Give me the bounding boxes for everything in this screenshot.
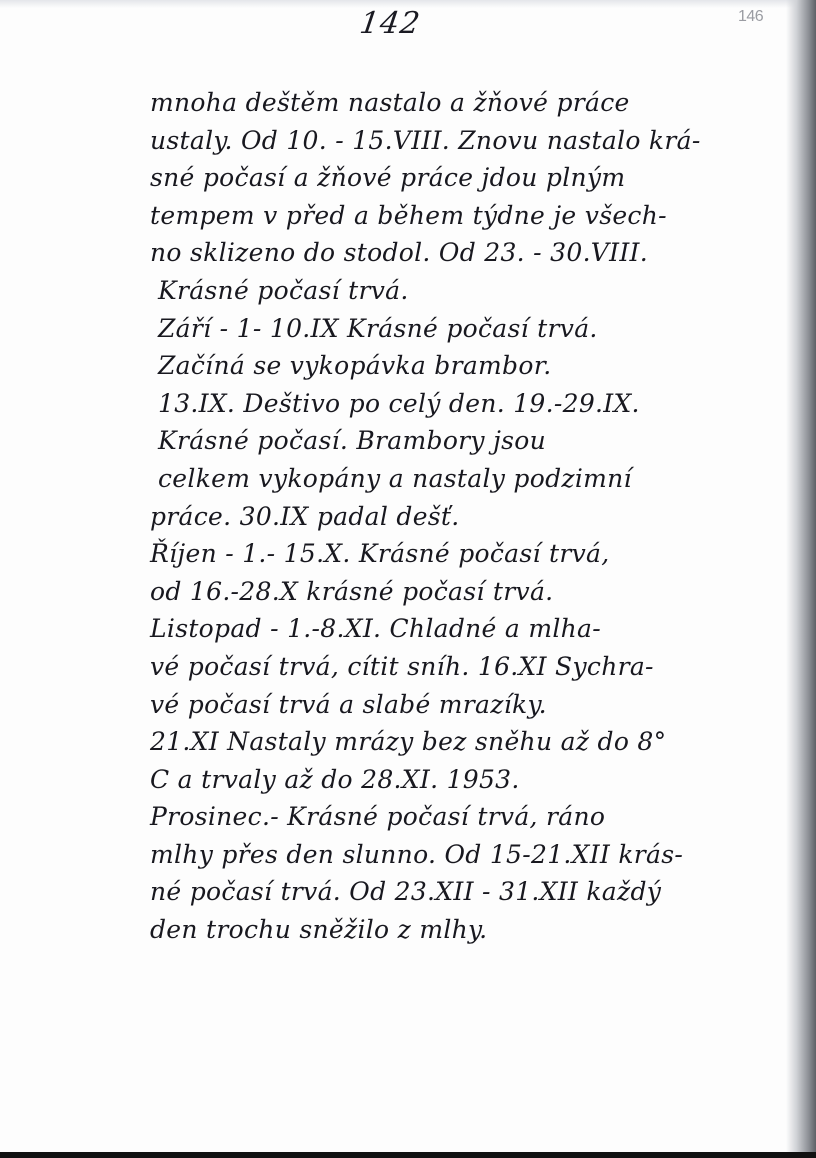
handwritten-text-block: mnoha deštěm nastalo a žňové práce ustal…	[150, 84, 730, 949]
text-line: vé počasí trvá, cítit sníh. 16.XI Sychra…	[150, 648, 730, 686]
text-line: Říjen - 1.- 15.X. Krásné počasí trvá,	[150, 535, 730, 573]
text-line: vé počasí trvá a slabé mrazíky.	[150, 686, 730, 724]
text-line: Začíná se vykopávka brambor.	[150, 347, 730, 385]
text-line: tempem v před a během týdne je všech-	[150, 197, 730, 235]
text-line: Prosinec.- Krásné počasí trvá, ráno	[150, 798, 730, 836]
text-line: Krásné počasí. Brambory jsou	[150, 422, 730, 460]
text-line: no sklizeno do stodol. Od 23. - 30.VIII.	[150, 234, 730, 272]
text-line: C a trvaly až do 28.XI. 1953.	[150, 761, 730, 799]
text-line: práce. 30.IX padal dešť.	[150, 498, 730, 536]
page-number: 142	[358, 6, 423, 41]
page-bottom-edge	[0, 1152, 816, 1158]
text-line: ustaly. Od 10. - 15.VIII. Znovu nastalo …	[150, 122, 730, 160]
text-line: mnoha deštěm nastalo a žňové práce	[150, 84, 730, 122]
text-line: den trochu sněžilo z mlhy.	[150, 911, 730, 949]
page-binding-shadow	[786, 0, 816, 1158]
text-line: 13.IX. Deštivo po celý den. 19.-29.IX.	[150, 385, 730, 423]
text-line: celkem vykopány a nastaly podzimní	[150, 460, 730, 498]
text-line: mlhy přes den slunno. Od 15-21.XII krás-	[150, 836, 730, 874]
document-page: 142 146 mnoha deštěm nastalo a žňové prá…	[0, 0, 816, 1158]
text-line: od 16.-28.X krásné počasí trvá.	[150, 573, 730, 611]
text-line: Září - 1- 10.IX Krásné počasí trvá.	[150, 310, 730, 348]
text-line: Krásné počasí trvá.	[150, 272, 730, 310]
archive-stamp-number: 146	[738, 8, 763, 26]
text-line: sné počasí a žňové práce jdou plným	[150, 159, 730, 197]
text-line: 21.XI Nastaly mrázy bez sněhu až do 8°	[150, 723, 730, 761]
text-line: Listopad - 1.-8.XI. Chladné a mlha-	[150, 610, 730, 648]
text-line: né počasí trvá. Od 23.XII - 31.XII každý	[150, 873, 730, 911]
